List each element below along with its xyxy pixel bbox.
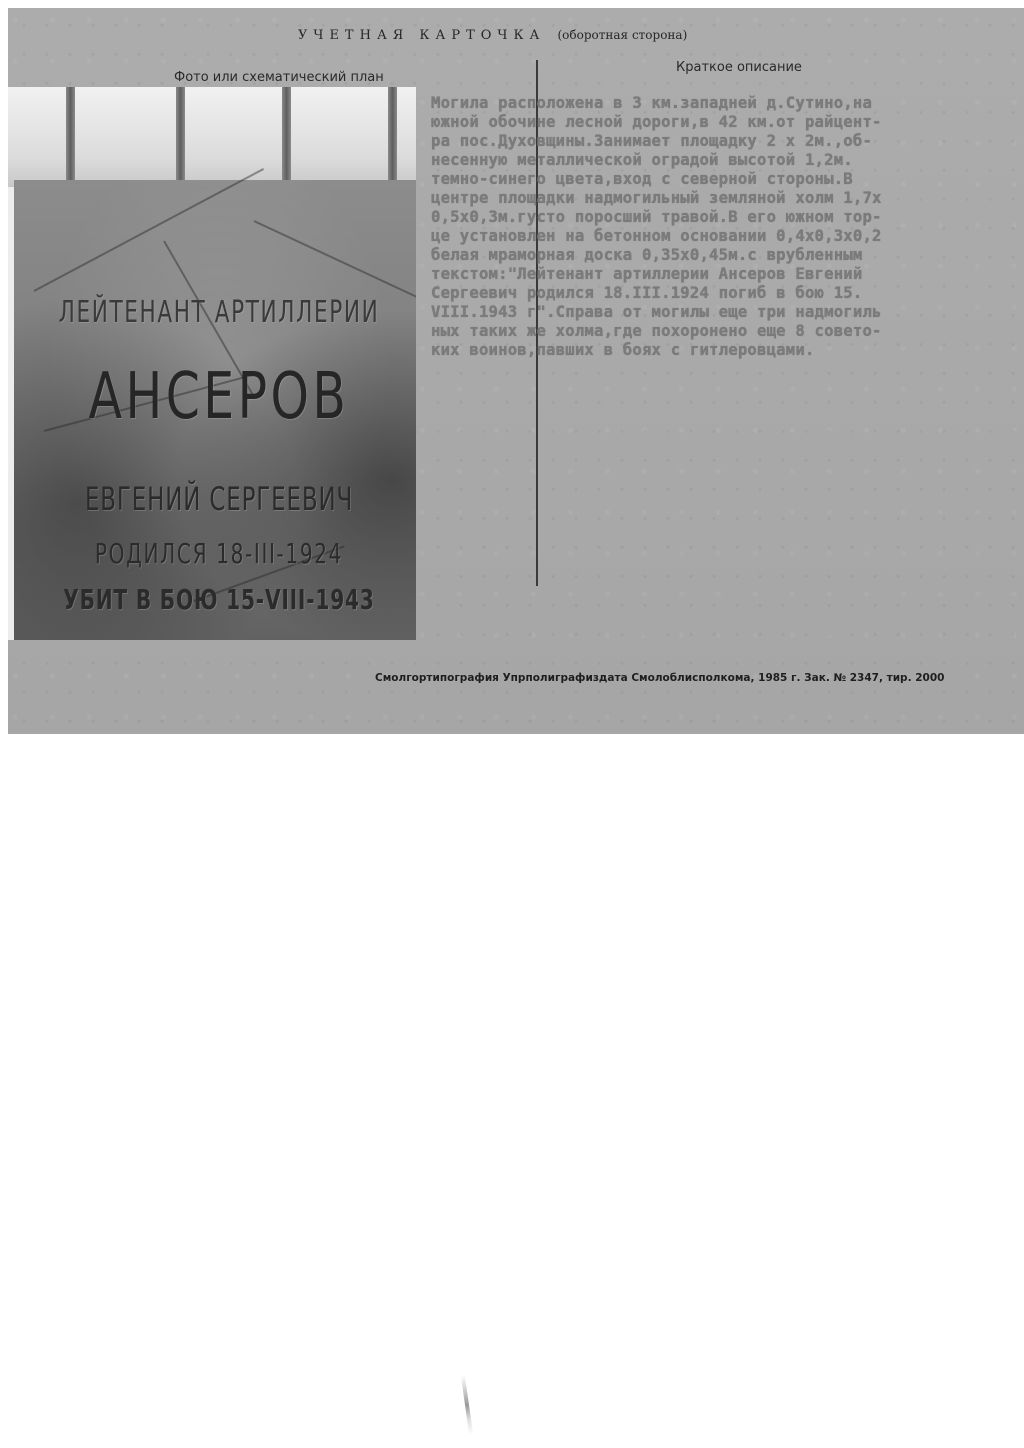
description-line: несенную металлической оградой высотой 1… xyxy=(431,151,1024,170)
description-column-heading: Краткое описание xyxy=(676,60,802,75)
description-line: текстом:"Лейтенант артиллерии Ансеров Ев… xyxy=(431,265,1024,284)
inscription-surname: АНСЕРОВ xyxy=(45,360,394,434)
photo-column-heading: Фото или схематический план xyxy=(174,70,384,85)
card-title: УЧЕТНАЯ КАРТОЧКА (оборотная сторона) xyxy=(298,28,687,43)
marble-vein xyxy=(254,220,416,306)
grave-photo: ЛЕЙТЕНАНТ АРТИЛЛЕРИИ АНСЕРОВ ЕВГЕНИЙ СЕР… xyxy=(8,87,416,640)
fence-post xyxy=(282,87,291,187)
fence-post xyxy=(66,87,75,187)
card-title-main: УЧЕТНАЯ КАРТОЧКА xyxy=(298,28,545,43)
inscription-name: ЕВГЕНИЙ СЕРГЕЕВИЧ xyxy=(55,480,383,518)
description-line: ких воинов,павших в боях с гитлеровцами. xyxy=(431,341,1024,360)
description-line: ра пос.Духовщины.Занимает площадку 2 х 2… xyxy=(431,132,1024,151)
card-title-suffix: (оборотная сторона) xyxy=(558,28,688,42)
description-text: Могила расположена в 3 км.западней д.Сут… xyxy=(431,94,1024,360)
marble-vein xyxy=(34,168,265,292)
description-line: ных таких же холма,где похоронено еще 8 … xyxy=(431,322,1024,341)
fence-post xyxy=(176,87,185,187)
inscription-died: УБИТ В БОЮ 15-VIII-1943 xyxy=(55,583,383,616)
description-line: VIII.1943 г".Справа от могилы еще три на… xyxy=(431,303,1024,322)
scan-mark xyxy=(461,1375,473,1435)
description-line: Могила расположена в 3 км.западней д.Сут… xyxy=(431,94,1024,113)
printer-imprint: Смолгортипография Упрполиграфиздата Смол… xyxy=(375,672,944,684)
inscription-rank: ЛЕЙТЕНАНТ АРТИЛЛЕРИИ xyxy=(55,295,383,330)
marble-plaque: ЛЕЙТЕНАНТ АРТИЛЛЕРИИ АНСЕРОВ ЕВГЕНИЙ СЕР… xyxy=(14,180,416,640)
description-line: Сергеевич родился 18.III.1924 погиб в бо… xyxy=(431,284,1024,303)
description-line: белая мраморная доска 0,35х0,45м.с врубл… xyxy=(431,246,1024,265)
description-line: южной обочине лесной дороги,в 42 км.от р… xyxy=(431,113,1024,132)
description-line: 0,5х0,3м.густо поросший травой.В его южн… xyxy=(431,208,1024,227)
fence-post xyxy=(388,87,397,187)
description-line: це установлен на бетонном основании 0,4х… xyxy=(431,227,1024,246)
inscription-born: РОДИЛСЯ 18-III-1924 xyxy=(55,537,383,570)
description-line: темно-синего цвета,вход с северной сторо… xyxy=(431,170,1024,189)
description-line: центре площадки надмогильный земляной хо… xyxy=(431,189,1024,208)
